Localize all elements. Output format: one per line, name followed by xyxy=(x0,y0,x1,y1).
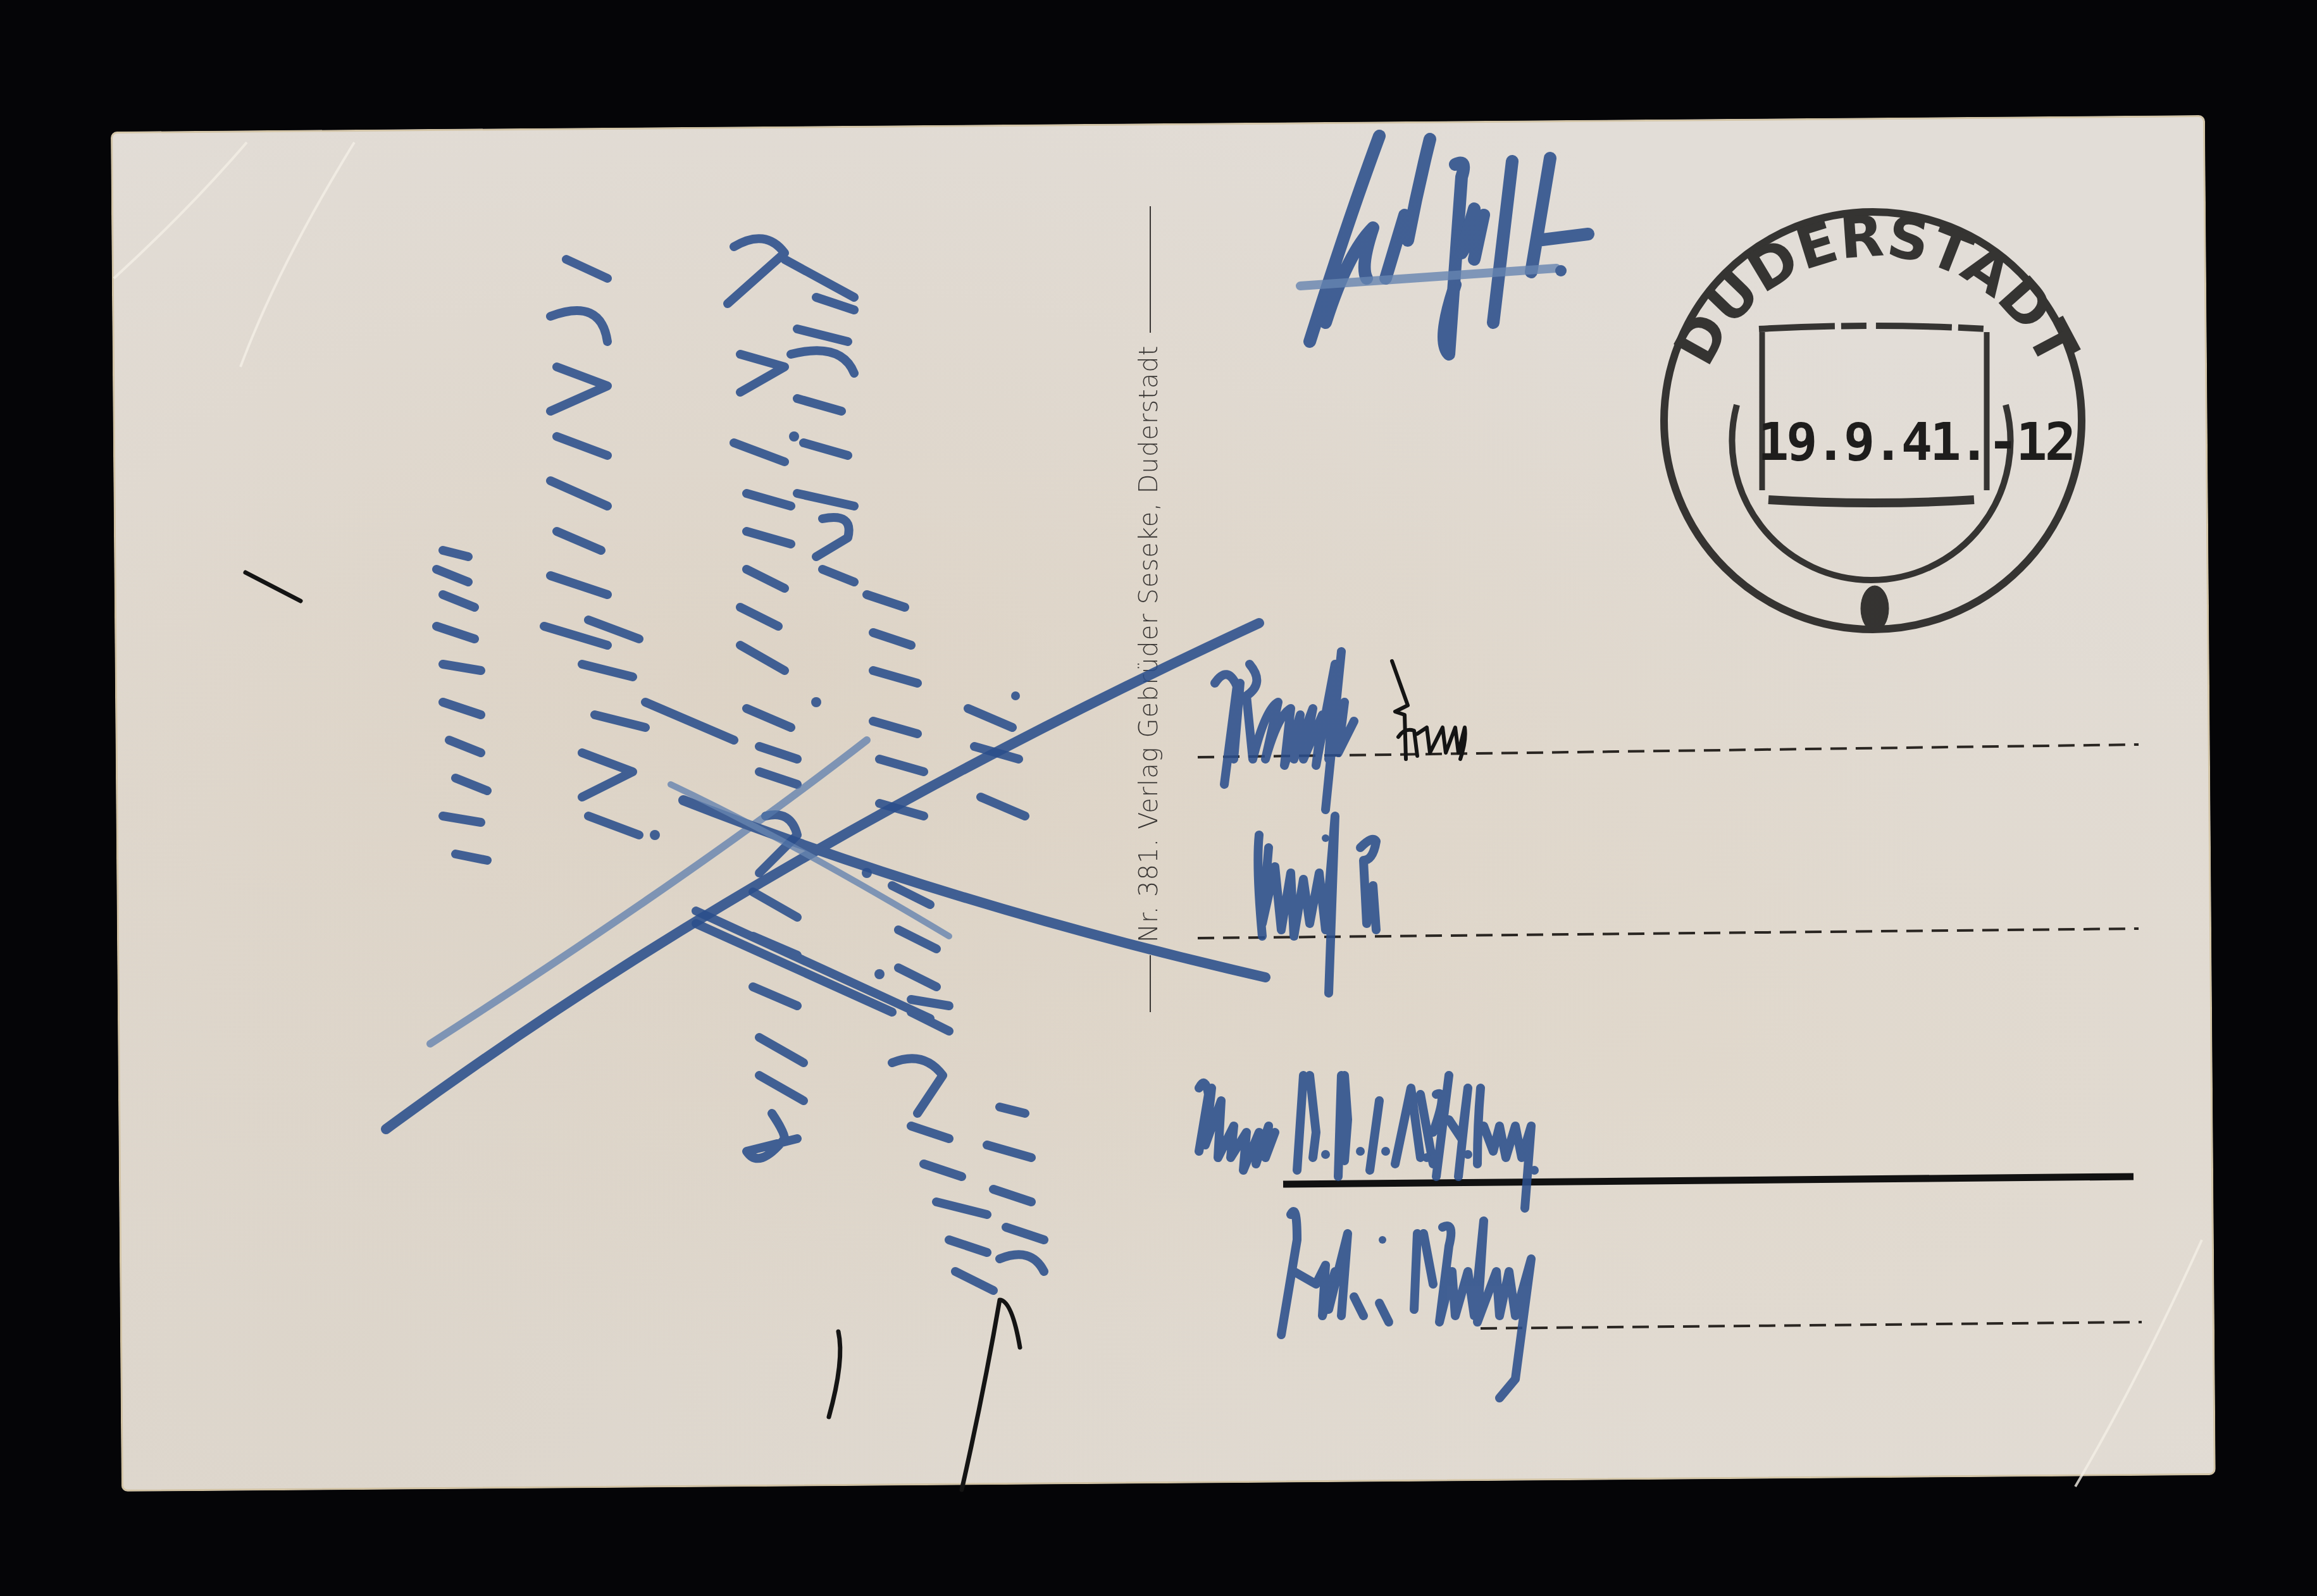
postmark-city: DUDERSTADT xyxy=(1662,202,2091,375)
unit-underline xyxy=(1283,1177,2134,1184)
franz-annotation xyxy=(1392,661,1465,759)
postmark-sub-mark xyxy=(1861,586,1889,631)
postmark: DUDERSTADT xyxy=(1662,202,2091,631)
card-graphics: DUDERSTADT xyxy=(0,0,2317,1596)
address-rule-4 xyxy=(1481,1322,2142,1328)
address-handwriting xyxy=(1199,652,1539,1398)
address-rules xyxy=(1198,745,2142,1328)
postmark-inner-ring xyxy=(1732,405,2011,580)
black-pen-marks xyxy=(245,572,1020,1490)
message-handwriting xyxy=(437,238,1044,1290)
address-rule-2 xyxy=(1198,929,2139,938)
message-cross-out xyxy=(386,623,1265,1129)
paper-creases xyxy=(114,142,2202,1487)
feldpost-handwriting xyxy=(1300,136,1588,354)
